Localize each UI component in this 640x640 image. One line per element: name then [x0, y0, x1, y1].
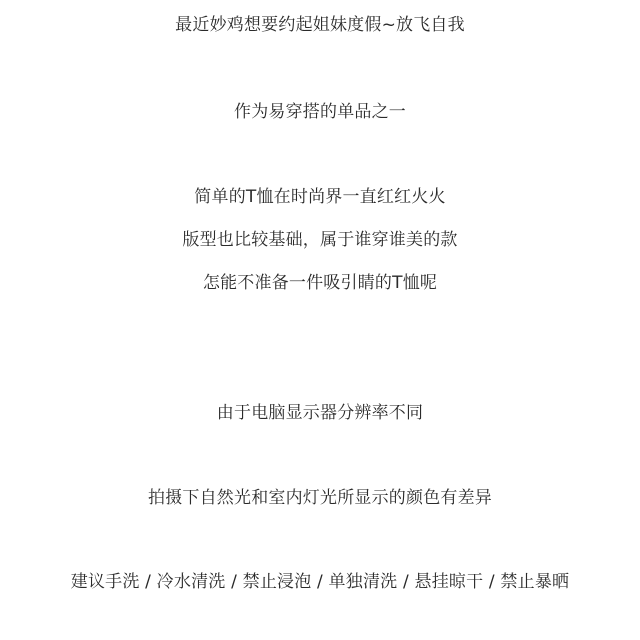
- text-line-display-note: 由于电脑显示器分辨率不同: [0, 402, 640, 424]
- text-line-intro: 最近妙鸡想要约起姐妹度假~放飞自我: [0, 14, 640, 36]
- text-line-basic-style: 版型也比较基础，属于谁穿谁美的款: [0, 229, 640, 251]
- text-line-item-type: 作为易穿搭的单品之一: [0, 101, 640, 123]
- text-line-eye-catching: 怎能不准备一件吸引睛的T恤呢: [0, 272, 640, 294]
- text-line-tshirt-popular: 简单的T恤在时尚界一直红红火火: [0, 186, 640, 208]
- text-line-color-note: 拍摄下自然光和室内灯光所显示的颜色有差异: [0, 487, 640, 509]
- text-line-care-instructions: 建议手洗 / 冷水清洗 / 禁止浸泡 / 单独清洗 / 悬挂晾干 / 禁止暴晒: [0, 571, 640, 593]
